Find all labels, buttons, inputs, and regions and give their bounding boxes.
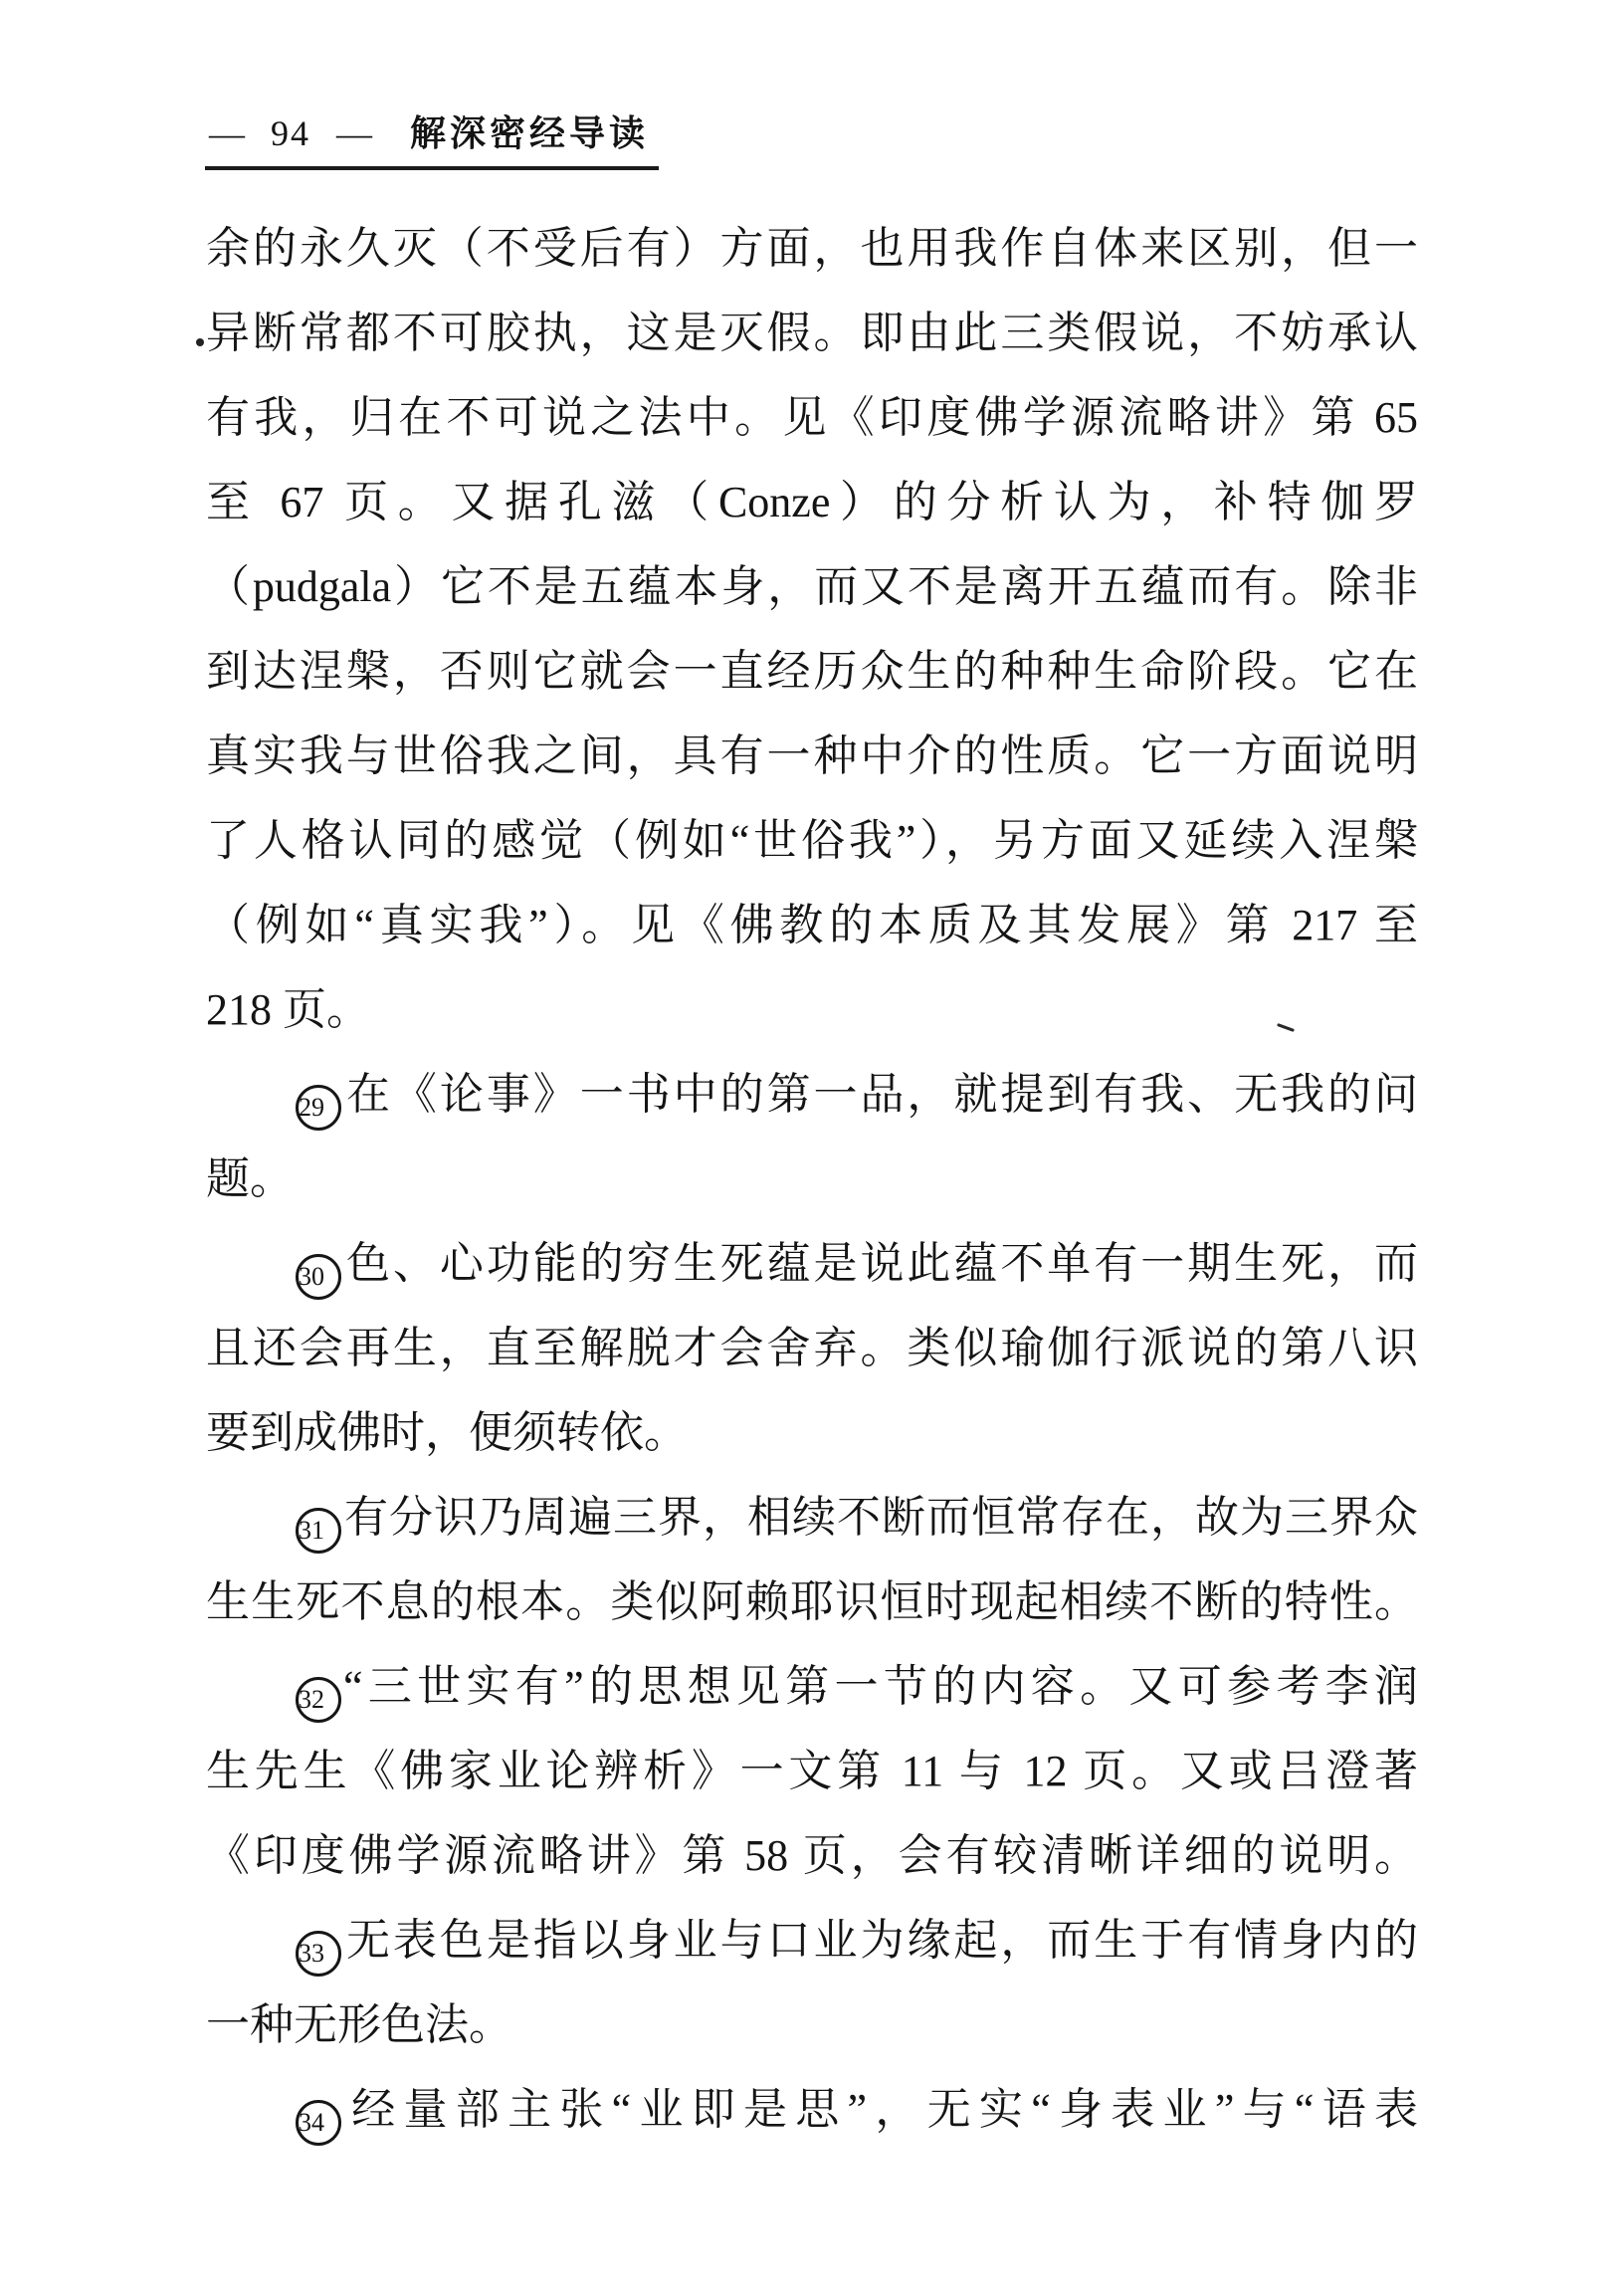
header-book-title: 解深密经导读 bbox=[410, 105, 649, 156]
text-line: 生生死不息的根本。类似阿赖耶识恒时现起相续不断的特性。 bbox=[206, 1560, 1418, 1644]
header-dash-left: — bbox=[209, 112, 245, 154]
text-line: 218 页。 bbox=[206, 967, 1418, 1052]
circled-note-number: 32 bbox=[296, 1677, 341, 1723]
text-line: 题。 bbox=[206, 1137, 1418, 1221]
circled-note-number: 29 bbox=[296, 1085, 341, 1131]
text-line: 余的永久灭（不受后有）方面，也用我作自体来区别，但一 bbox=[206, 206, 1418, 291]
running-header: — 94 — 解深密经导读 bbox=[205, 105, 659, 170]
note-first-line: 31有分识乃周遍三界，相续不断而恒常存在，故为三界众 bbox=[206, 1475, 1418, 1560]
text-line: 真实我与世俗我之间，具有一种中介的性质。它一方面说明 bbox=[206, 714, 1418, 798]
text-line: （pudgala）它不是五蕴本身，而又不是离开五蕴而有。除非 bbox=[206, 544, 1418, 629]
note-first-line: 34经量部主张“业即是思”，无实“身表业”与“语表 bbox=[206, 2067, 1418, 2152]
text-line: 有我，归在不可说之法中。见《印度佛学源流略讲》第 65 bbox=[206, 375, 1418, 460]
header-page-number: 94 bbox=[265, 112, 316, 154]
text-line: 《印度佛学源流略讲》第 58 页，会有较清晰详细的说明。 bbox=[206, 1813, 1418, 1898]
circled-note-number: 30 bbox=[296, 1254, 341, 1300]
note-first-line: 30色、心功能的穷生死蕴是说此蕴不单有一期生死，而 bbox=[206, 1221, 1418, 1306]
header-dash-right: — bbox=[336, 112, 372, 154]
scan-artifact-dot bbox=[196, 338, 204, 346]
note-first-line: 32“三世实有”的思想见第一节的内容。又可参考李润 bbox=[206, 1644, 1418, 1729]
text-line: 了人格认同的感觉（例如“世俗我”），另方面又延续入涅槃 bbox=[206, 798, 1418, 883]
text-line: 至 67 页。又据孔滋（Conze）的分析认为，补特伽罗 bbox=[206, 460, 1418, 544]
text-line: 到达涅槃，否则它就会一直经历众生的种种生命阶段。它在 bbox=[206, 629, 1418, 714]
text-line: 一种无形色法。 bbox=[206, 1982, 1418, 2067]
circled-note-number: 34 bbox=[296, 2100, 341, 2146]
text-line: 异断常都不可胶执，这是灭假。即由此三类假说，不妨承认 bbox=[206, 291, 1418, 375]
text-line: 要到成佛时，便须转依。 bbox=[206, 1390, 1418, 1475]
scanned-book-page: — 94 — 解深密经导读 余的永久灭（不受后有）方面，也用我作自体来区别，但一… bbox=[0, 0, 1624, 2294]
note-first-line: 29在《论事》一书中的第一品，就提到有我、无我的问 bbox=[206, 1052, 1418, 1137]
text-body: 余的永久灭（不受后有）方面，也用我作自体来区别，但一异断常都不可胶执，这是灭假。… bbox=[206, 206, 1418, 2152]
circled-note-number: 33 bbox=[296, 1931, 341, 1977]
text-line: 生先生《佛家业论辨析》一文第 11 与 12 页。又或吕澄著 bbox=[206, 1729, 1418, 1813]
note-first-line: 33无表色是指以身业与口业为缘起，而生于有情身内的 bbox=[206, 1898, 1418, 1982]
circled-note-number: 31 bbox=[296, 1508, 341, 1554]
text-line: （例如“真实我”）。见《佛教的本质及其发展》第 217 至 bbox=[206, 883, 1418, 967]
text-line: 且还会再生，直至解脱才会舍弃。类似瑜伽行派说的第八识 bbox=[206, 1306, 1418, 1390]
